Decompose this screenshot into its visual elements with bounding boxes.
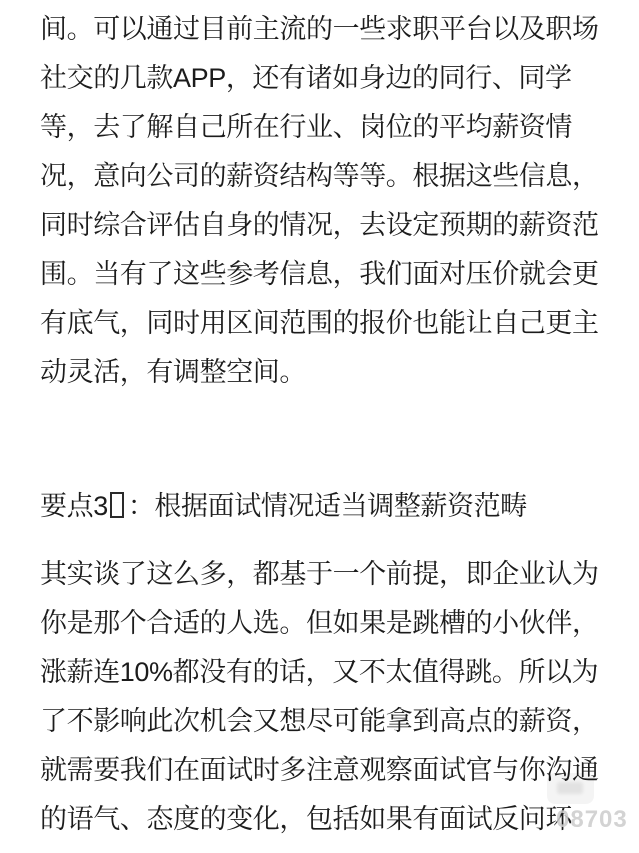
article-page: 间。可以通过目前主流的一些求职平台以及职场 社交的几款APP，还有诸如身边的同行… <box>0 0 639 853</box>
text-line: 有底气，同时用区间范围的报价也能让自己更主 <box>40 299 609 348</box>
text-line: 围。当有了这些参考信息，我们面对压价就会更 <box>40 250 609 299</box>
paragraph-salary-research: 间。可以通过目前主流的一些求职平台以及职场 社交的几款APP，还有诸如身边的同行… <box>40 5 609 397</box>
text-line: 等，去了解自己所在行业、岗位的平均薪资情 <box>40 103 609 152</box>
text-line: 其实谈了这么多，都基于一个前提，即企业认为 <box>40 550 609 599</box>
text-line: 社交的几款APP，还有诸如身边的同行、同学 <box>40 54 609 103</box>
text-line: 就需要我们在面试时多注意观察面试官与你沟通 <box>40 746 609 795</box>
watermark-text: 08703 <box>556 806 628 834</box>
text-line: 动灵活，有调整空间。 <box>40 348 609 397</box>
text-line: 你是那个合适的人选。但如果是跳槽的小伙伴， <box>40 599 609 648</box>
heading-suffix: ：根据面试情况适当调整薪资范畴 <box>128 491 527 521</box>
text-line: 况，意向公司的薪资结构等等。根据这些信息， <box>40 152 609 201</box>
text-line: 的语气、态度的变化，包括如果有面试反问环 <box>40 795 609 844</box>
text-line: 涨薪连10%都没有的话，又不太值得跳。所以为 <box>40 648 609 697</box>
text-line: 同时综合评估自身的情况，去设定预期的薪资范 <box>40 201 609 250</box>
section-heading: 要点3：根据面试情况适当调整薪资范畴 <box>40 482 527 531</box>
text-line: 间。可以通过目前主流的一些求职平台以及职场 <box>40 5 609 54</box>
text-line: 了不影响此次机会又想尽可能拿到高点的薪资， <box>40 697 609 746</box>
watermark-badge <box>547 773 594 804</box>
paragraph-interview-adjustment: 其实谈了这么多，都基于一个前提，即企业认为 你是那个合适的人选。但如果是跳槽的小… <box>40 550 609 844</box>
watermark-logo-icon <box>557 782 583 794</box>
missing-glyph-box <box>110 492 124 518</box>
heading-prefix: 要点3 <box>40 491 108 521</box>
